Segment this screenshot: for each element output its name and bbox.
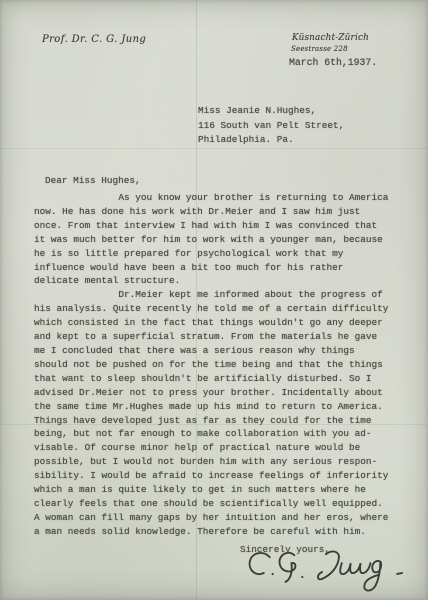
salutation: Dear Miss Hughes,	[45, 175, 141, 186]
body-line: sibility. I would be afraid to increase …	[34, 469, 414, 483]
body-line: As you know your brother is returning to…	[34, 191, 414, 205]
body-line: his analysis. Quite recently he told me …	[34, 302, 414, 316]
body-line: and kept to a superficial stratum. From …	[34, 330, 414, 344]
body-line: A woman can fill many gaps by her intuit…	[34, 511, 414, 525]
letter-page: Prof. Dr. C. G. Jung Küsnacht-Zürich See…	[0, 0, 428, 600]
recipient-address: Miss Jeanie N.Hughes,116 South van Pelt …	[198, 104, 344, 148]
body-line: me I concluded that there was a serious …	[34, 344, 414, 358]
address-line: 116 South van Pelt Street,	[198, 119, 344, 134]
body-line: which consisted in the fact that things …	[34, 316, 414, 330]
body-line: delicate mental structure.	[34, 274, 414, 288]
body-line: advised Dr.Meier not to press your broth…	[34, 386, 414, 400]
body-line: now. He has done his work with Dr.Meier …	[34, 205, 414, 219]
body-line: it was much better for him to work with …	[34, 233, 414, 247]
signature-handwriting	[243, 548, 411, 596]
fold-crease-horizontal-top	[0, 148, 428, 149]
body-line: the same time Mr.Hughes made up his mind…	[34, 400, 414, 414]
body-line: which a man is quite likely to get in su…	[34, 483, 414, 497]
body-line: should not be pushed on for the time bei…	[34, 358, 414, 372]
body-line: being, but not far enough to make collab…	[34, 427, 414, 441]
letterhead-sender: Prof. Dr. C. G. Jung	[42, 34, 146, 45]
address-line: Philadelphia. Pa.	[198, 133, 344, 148]
body-line: influence would have been a bit too much…	[34, 261, 414, 275]
body-line: Things have developed just as far as the…	[34, 414, 414, 428]
address-line: Miss Jeanie N.Hughes,	[198, 104, 344, 119]
body-line: visable. Of course minor help of practic…	[34, 441, 414, 455]
body-line: that want to sleep shouldn't be artifici…	[34, 372, 414, 386]
letter-body: As you know your brother is returning to…	[34, 191, 414, 539]
body-line: clearly feels that one should be scienti…	[34, 497, 414, 511]
body-line: Dr.Meier kept me informed about the prog…	[34, 288, 414, 302]
body-line: once. From that interview I had with him…	[34, 219, 414, 233]
date-line: March 6th,1937.	[289, 57, 377, 68]
body-line: he is so little prepared for psychologic…	[34, 247, 414, 261]
body-line: a man needs solid knowledge. Therefore b…	[34, 525, 414, 539]
letterhead-place: Küsnacht-Zürich	[292, 33, 369, 43]
letterhead-street: Seestrasse 228	[291, 45, 348, 53]
body-line: possible, but I would not burden him wit…	[34, 455, 414, 469]
